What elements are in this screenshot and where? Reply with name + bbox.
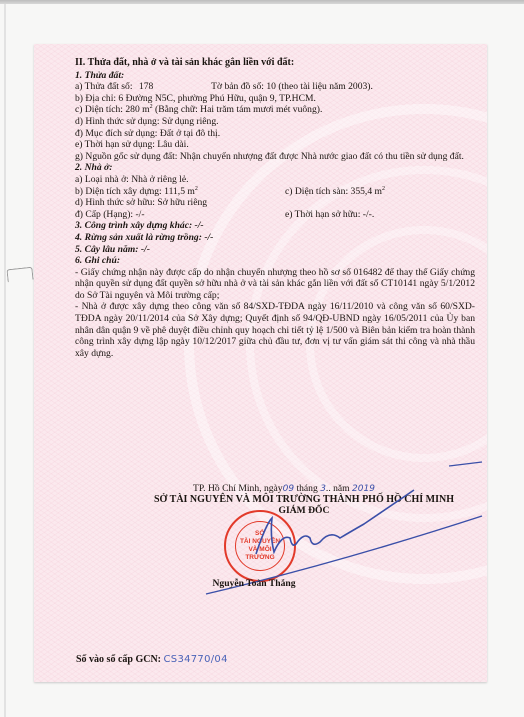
signing-date: TP. Hồ Chí Minh, ngày09 tháng 3.. năm 20…	[134, 483, 434, 494]
scan-top-edge	[0, 0, 524, 4]
scan-left-edge	[4, 4, 6, 717]
house-type: a) Loại nhà ở: Nhà ở riêng lẻ.	[75, 174, 475, 186]
certificate-body: II. Thửa đất, nhà ở và tài sản khác gắn …	[75, 57, 475, 359]
issuing-organization: SỞ TÀI NGUYÊN VÀ MÔI TRƯỜNG THÀNH PHỐ HỒ…	[124, 494, 484, 505]
certificate-page: II. Thửa đất, nhà ở và tài sản khác gắn …	[34, 44, 487, 682]
other-construction: 3. Công trình xây dựng khác: -/-	[75, 220, 475, 232]
notes-heading: 6. Ghi chú:	[75, 255, 475, 267]
land-use-form: d) Hình thức sử dụng: Sử dụng riêng.	[75, 116, 475, 128]
house-heading: 2. Nhà ở:	[75, 162, 475, 174]
official-seal: SỞ TÀI NGUYÊN VÀ MÔI TRƯỜNG	[224, 510, 296, 582]
registry-number: Số vào sổ cấp GCN: CS34770/04	[76, 654, 228, 665]
land-purpose: đ) Mục đích sử dụng: Đất ở tại đô thị.	[75, 128, 475, 140]
section-title: II. Thửa đất, nhà ở và tài sản khác gắn …	[75, 57, 475, 69]
land-origin: g) Nguồn gốc sử dụng đất: Nhận chuyển nh…	[75, 151, 475, 163]
land-term: e) Thời hạn sử dụng: Lâu dài.	[75, 139, 475, 151]
signer-name: Nguyễn Toàn Thắng	[179, 578, 329, 589]
staple-mark	[6, 267, 33, 283]
note-item: - Giấy chứng nhận này được cấp do nhận c…	[75, 267, 475, 302]
house-grade-term: đ) Cấp (Hạng): -/- e) Thời hạn sở hữu: -…	[75, 209, 475, 221]
perennial-trees: 5. Cây lâu năm: -/-	[75, 244, 475, 256]
land-heading: 1. Thửa đất:	[75, 70, 475, 82]
signer-role: GIÁM ĐỐC	[124, 505, 484, 516]
house-areas: b) Diện tích xây dựng: 111,5 m2 c) Diện …	[75, 186, 475, 198]
land-area: c) Diện tích: 280 m2 (Bằng chữ: Hai trăm…	[75, 104, 475, 116]
house-ownership-form: d) Hình thức sở hữu: Sở hữu riêng	[75, 197, 475, 209]
land-address: b) Địa chỉ: 6 Đường N5C, phường Phú Hữu,…	[75, 93, 475, 105]
note-item: - Nhà ở được xây dựng theo công văn số 8…	[75, 301, 475, 359]
production-forest: 4. Rừng sản xuất là rừng trồng: -/-	[75, 232, 475, 244]
land-parcel: a) Thửa đất số: 178 Tờ bản đồ số: 10 (th…	[75, 81, 475, 93]
